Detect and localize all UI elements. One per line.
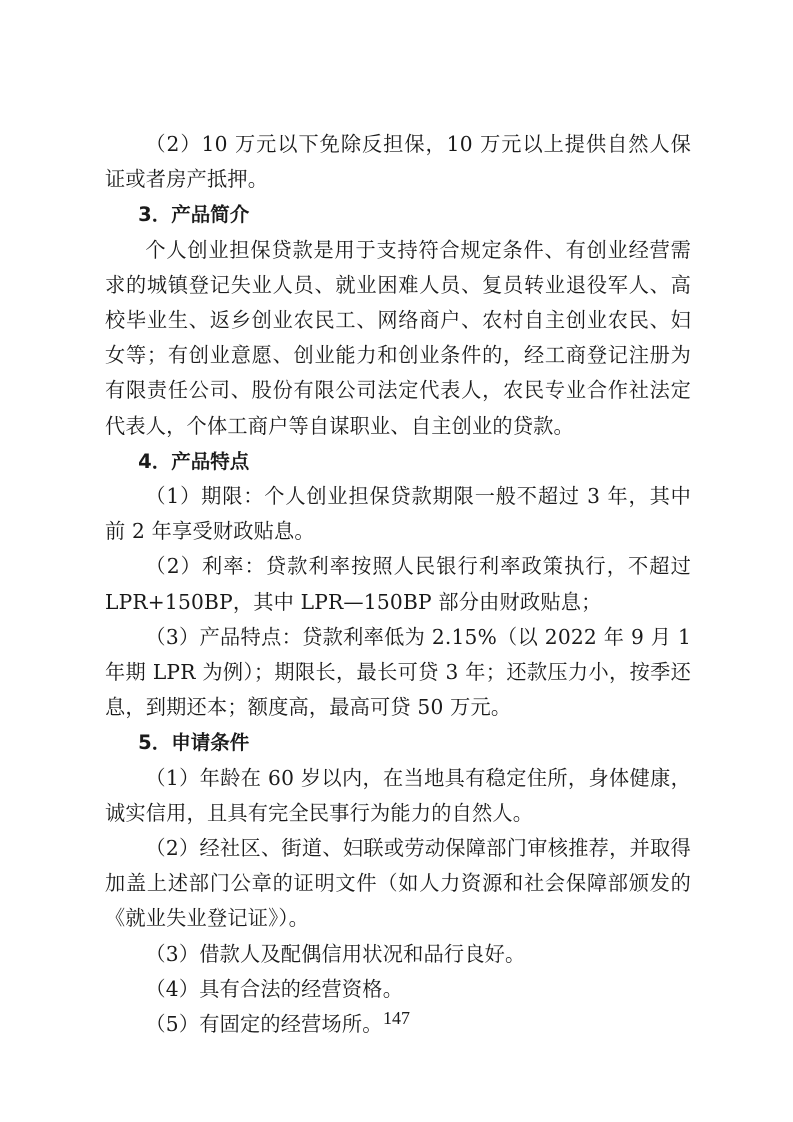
heading-product-features: 4．产品特点 [105, 444, 691, 479]
paragraph-condition-qualification: （4）具有合法的经营资格。 [105, 972, 691, 1007]
paragraph-condition-age: （1）年龄在 60 岁以内，在当地具有稳定住所，身体健康，诚实信用，且具有完全民… [105, 761, 691, 831]
paragraph-condition-recommendation: （2）经社区、街道、妇联或劳动保障部门审核推荐，并取得加盖上述部门公章的证明文件… [105, 831, 691, 937]
heading-product-intro: 3．产品简介 [105, 197, 691, 232]
page-number: 147 [0, 1008, 793, 1029]
document-body: （2）10 万元以下免除反担保，10 万元以上提供自然人保证或者房产抵押。 3．… [105, 127, 691, 1042]
paragraph-counter-guarantee: （2）10 万元以下免除反担保，10 万元以上提供自然人保证或者房产抵押。 [105, 127, 691, 197]
paragraph-feature-highlights: （3）产品特点：贷款利率低为 2.15%（以 2022 年 9 月 1 年期 L… [105, 620, 691, 726]
paragraph-product-intro: 个人创业担保贷款是用于支持符合规定条件、有创业经营需求的城镇登记失业人员、就业困… [105, 233, 691, 444]
heading-application-conditions: 5．申请条件 [105, 725, 691, 760]
paragraph-condition-credit: （3）借款人及配偶信用状况和品行良好。 [105, 937, 691, 972]
paragraph-feature-term: （1）期限：个人创业担保贷款期限一般不超过 3 年，其中前 2 年享受财政贴息。 [105, 479, 691, 549]
paragraph-feature-rate: （2）利率：贷款利率按照人民银行利率政策执行，不超过 LPR+150BP，其中 … [105, 549, 691, 619]
